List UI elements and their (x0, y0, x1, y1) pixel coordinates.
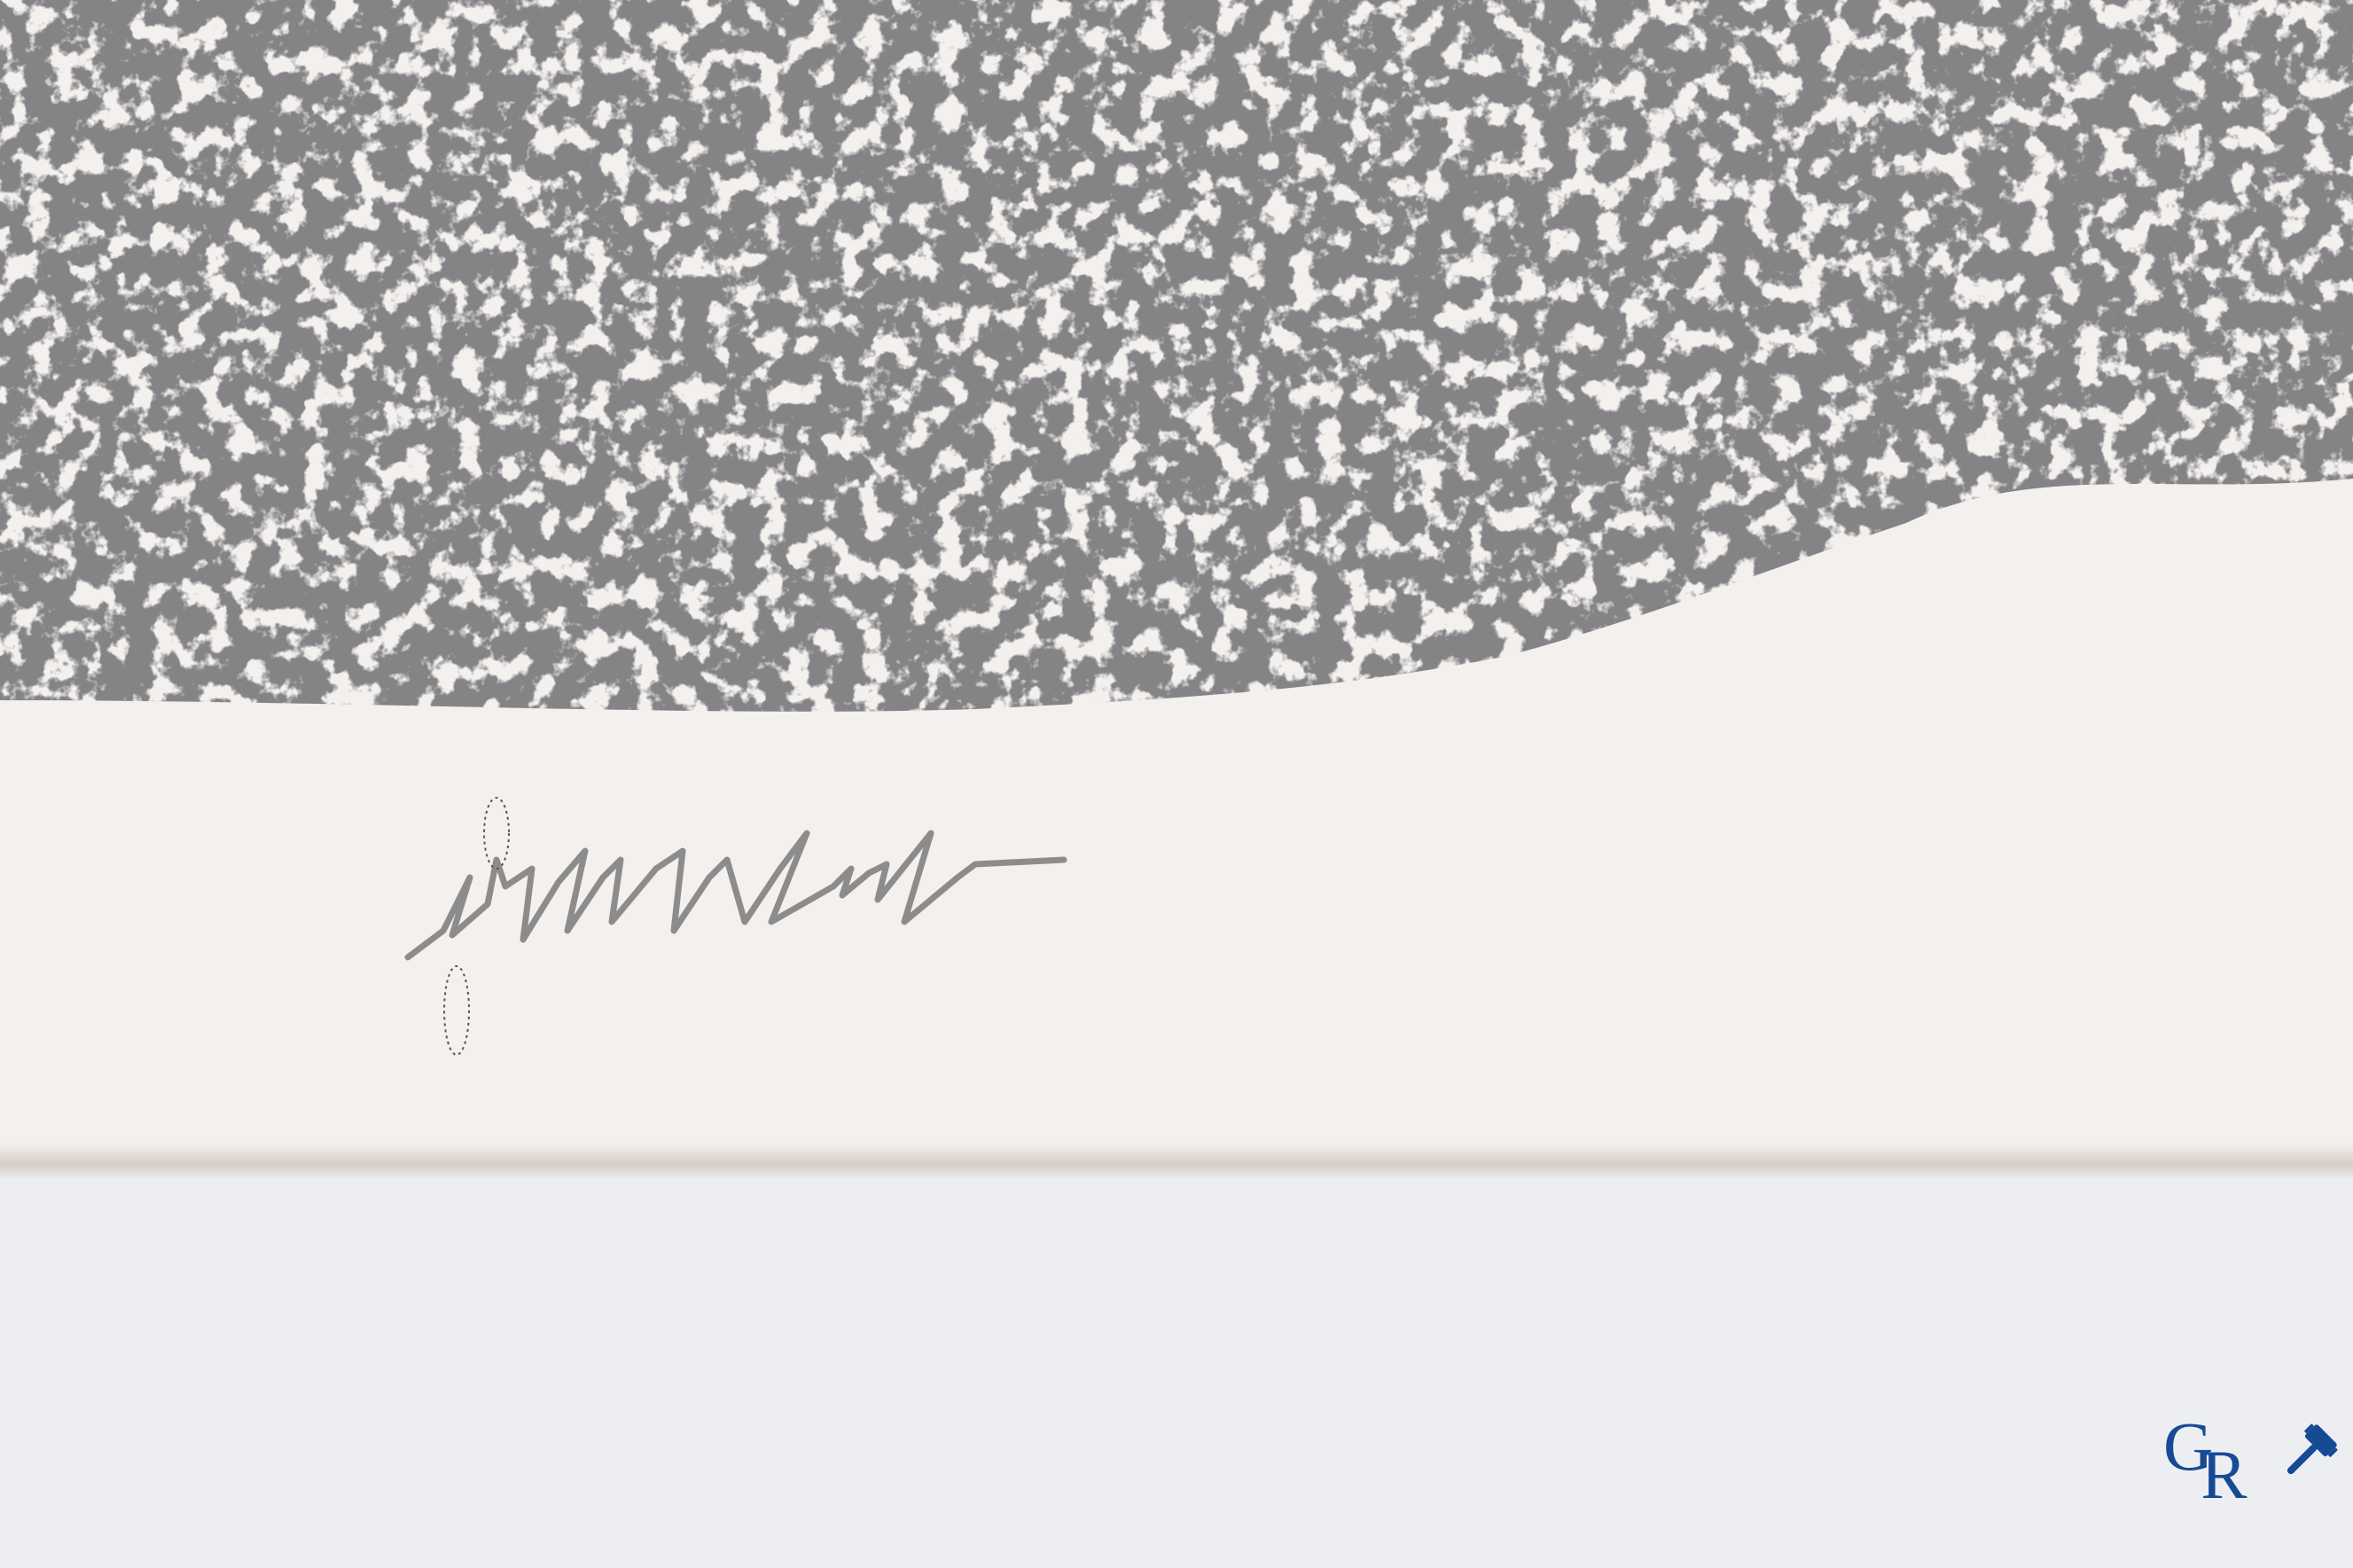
ink-print-area (0, 0, 2353, 736)
auction-house-watermark: GR (2163, 1405, 2314, 1529)
logo-letters: GR (2163, 1412, 2234, 1481)
logo-letter-g: G (2163, 1408, 2201, 1485)
paper-sheet (0, 0, 2353, 1170)
paper-deckle-edge (0, 1143, 2353, 1179)
artist-signature (390, 780, 1897, 1064)
logo-letter-r: R (2201, 1436, 2234, 1513)
gavel-icon (2277, 1423, 2339, 1485)
